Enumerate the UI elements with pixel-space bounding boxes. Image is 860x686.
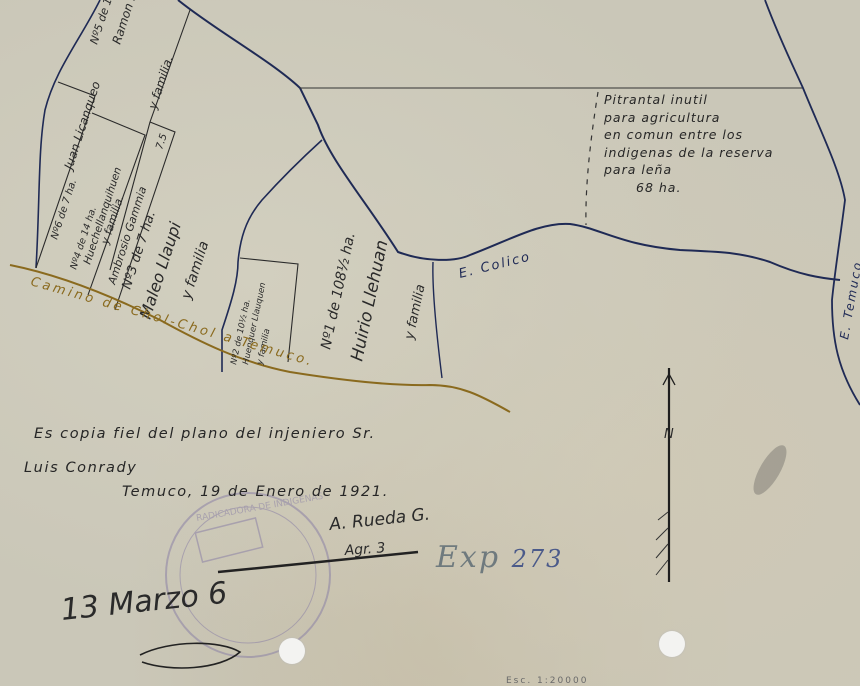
lot6-owner: Juan Licanqueo [61, 80, 103, 173]
punch-hole-left [279, 638, 305, 664]
note-line: para leña [604, 161, 773, 179]
map-sheet: N RADICADORA DE INDIGENAS Nº6 de 7 ha. J… [0, 0, 860, 686]
marginalia-flourish [140, 643, 240, 668]
north-arrow: N [656, 368, 675, 582]
note-area: 68 ha. [604, 179, 773, 197]
lot3-suffix: y familia [178, 239, 212, 302]
certification-date: Temuco, 19 de Enero de 1921. [122, 484, 389, 500]
punch-hole-right [659, 631, 685, 657]
certification-line-1: Es copia fiel del plano del injeniero Sr… [34, 426, 376, 442]
lot1-suffix: y familia [402, 283, 428, 342]
official-stamp: RADICADORA DE INDIGENAS [166, 492, 330, 657]
lot5-suffix: y familia. [145, 54, 176, 112]
lot5-owner: Ramon Lienan [110, 0, 150, 46]
note-line: Pitrantal inutil [604, 91, 773, 109]
common-land-note: Pitrantal inutil para agricultura en com… [604, 91, 773, 196]
lot1-owner: Huirio Llehuan [347, 238, 392, 363]
surveyor-title: Agr. 3 [343, 540, 386, 559]
north-label: N [664, 427, 674, 442]
note-line: para agricultura [604, 109, 773, 127]
lot3b-area: 7.5 [154, 132, 169, 151]
colico-river-label: E. Colico [457, 249, 532, 281]
certification-line-2: Luis Conrady [24, 460, 137, 476]
marginalia-text: 13 Marzo 6 [59, 576, 229, 628]
scale-note: Esc. 1:20000 [506, 676, 588, 686]
temuco-river-line [765, 0, 860, 405]
signature-underline [218, 552, 418, 572]
note-line: indigenas de la reserva [604, 144, 773, 162]
pencil-prefix: Exp [436, 540, 500, 575]
lot1-east-line [433, 262, 442, 378]
temuco-river-label: E. Temuco [837, 260, 860, 341]
lot6-label: Nº6 de 7 ha. [49, 178, 79, 241]
pencil-annotation: Exp 273 [436, 540, 563, 575]
note-line: en comun entre los [604, 126, 773, 144]
pencil-number: 273 [512, 545, 564, 573]
pitrantal-dashed-line [586, 92, 598, 225]
surveyor-signature: A. Rueda G. [327, 505, 431, 536]
road-label: Camino de Chol-Chol a Temuco. [29, 274, 316, 370]
